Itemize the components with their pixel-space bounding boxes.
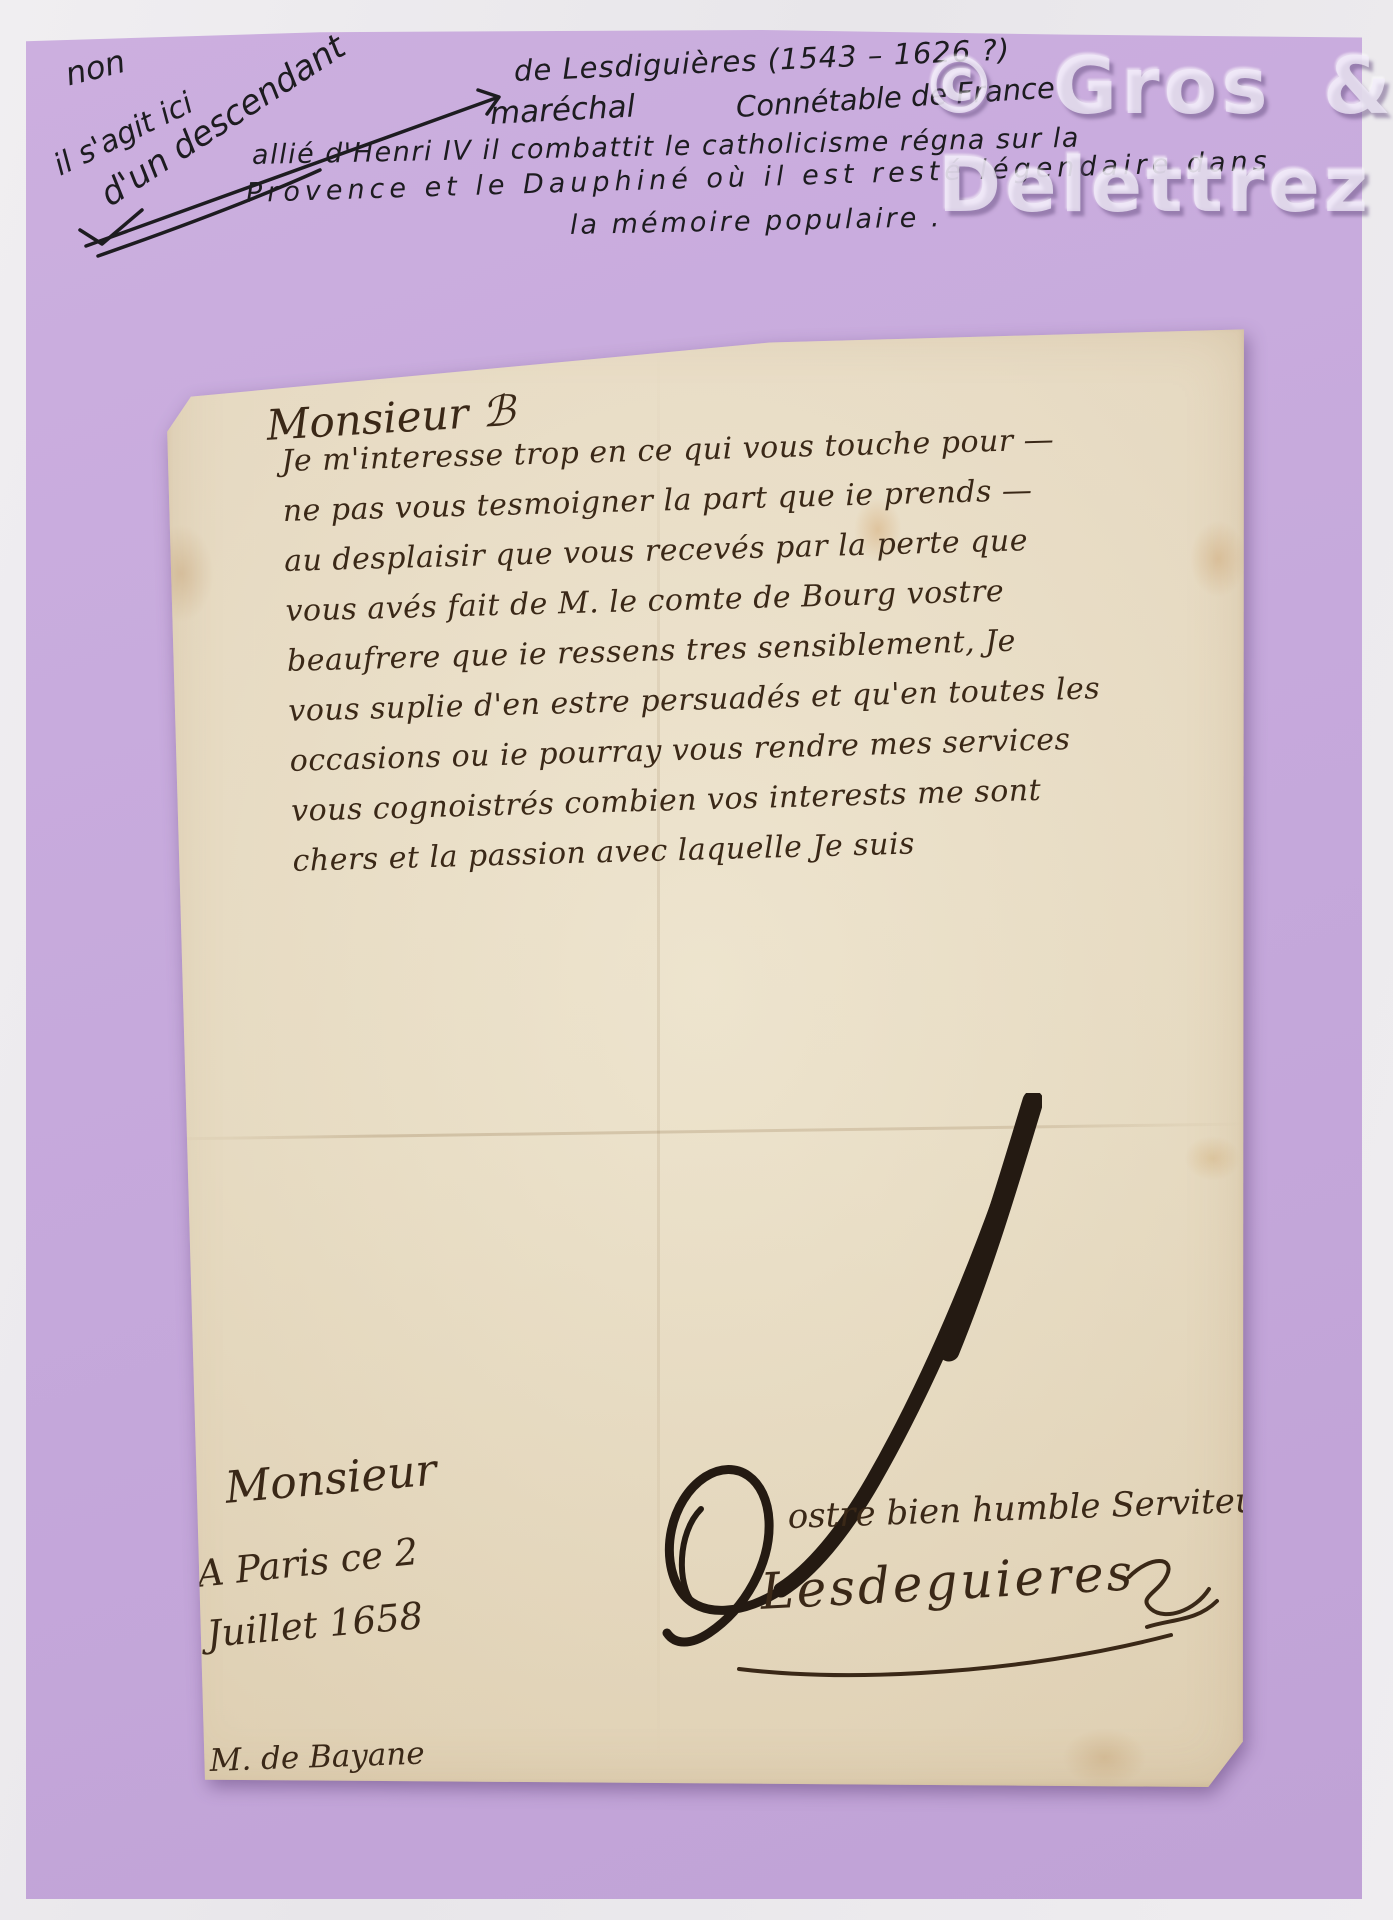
watermark-line2: Delettrez [938,140,1372,229]
letter-body: Je m'interesse trop en ce qui vous touch… [281,424,1105,896]
letter-body-line: chers et la passion avec laquelle Je sui… [292,824,1105,877]
letter-sheet-wrap: Monsieur ℬ Je m'interesse trop en ce qui… [165,325,1245,1787]
letter-body-line: beaufrere que ie ressens tres sensibleme… [287,624,1100,677]
letter-body-line: occasions ou ie pourray vous rendre mes … [289,724,1102,777]
annotation-marechal: maréchal [489,88,636,132]
letter-closing-address: Monsieur [223,1445,439,1514]
photo-backdrop: { "photo": { "background_color": "#e9e7e… [0,0,1393,1920]
letter-docket-recipient: M. de Bayane [209,1735,425,1778]
letter-dateline-place: A Paris ce 2 [195,1530,420,1596]
letter-dateline-date: Juillet 1658 [205,1594,425,1656]
signature-paraph-icon [1117,1549,1232,1644]
letter-body-line: vous suplie d'en estre persuadés et qu'e… [288,674,1101,727]
letter-body-line: vous cognoistrés combien vos interests m… [291,774,1104,827]
watermark-line1: © Gros & [920,42,1393,132]
letter-sheet: Monsieur ℬ Je m'interesse trop en ce qui… [165,325,1245,1787]
letter-body-line: ne pas vous tesmoigner la part que ie pr… [282,474,1095,527]
letter-body-line: au desplaisir que vous recevés par la pe… [284,524,1097,577]
letter-body-line: vous avés fait de M. le comte de Bourg v… [285,574,1098,627]
